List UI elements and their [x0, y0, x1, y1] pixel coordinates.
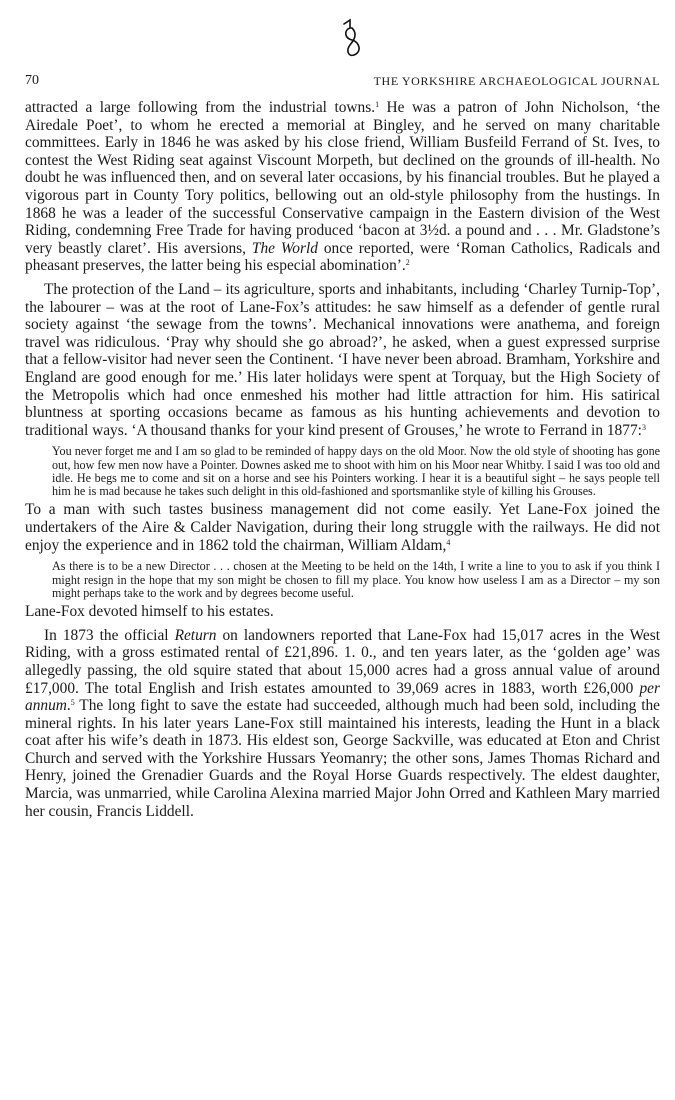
handwritten-page-mark	[340, 18, 370, 58]
page-number: 70	[25, 73, 39, 89]
italic-title: per annum	[25, 680, 660, 715]
paragraph: In 1873 the official Return on landowner…	[25, 627, 660, 821]
block-quote: You never forget me and I am so glad to …	[52, 445, 660, 498]
footnote-reference[interactable]: 3	[642, 423, 646, 432]
block-quote: As there is to be a new Director . . . c…	[52, 560, 660, 600]
paragraph: To a man with such tastes business manag…	[25, 501, 660, 554]
footnote-reference[interactable]: 2	[406, 258, 410, 267]
footnote-reference[interactable]: 4	[446, 538, 450, 547]
running-head: 70 THE YORKSHIRE ARCHAEOLOGICAL JOURNAL	[25, 73, 660, 91]
article-body: attracted a large following from the ind…	[25, 99, 660, 820]
footnote-reference[interactable]: 5	[71, 698, 75, 707]
paragraph: attracted a large following from the ind…	[25, 99, 660, 275]
paragraph: Lane-Fox devoted himself to his estates.	[25, 603, 660, 621]
journal-title: THE YORKSHIRE ARCHAEOLOGICAL JOURNAL	[374, 74, 660, 89]
italic-title: Return	[175, 627, 217, 644]
italic-title: The World	[252, 240, 318, 257]
paragraph: The protection of the Land – its agricul…	[25, 281, 660, 439]
footnote-reference[interactable]: 1	[375, 100, 379, 109]
